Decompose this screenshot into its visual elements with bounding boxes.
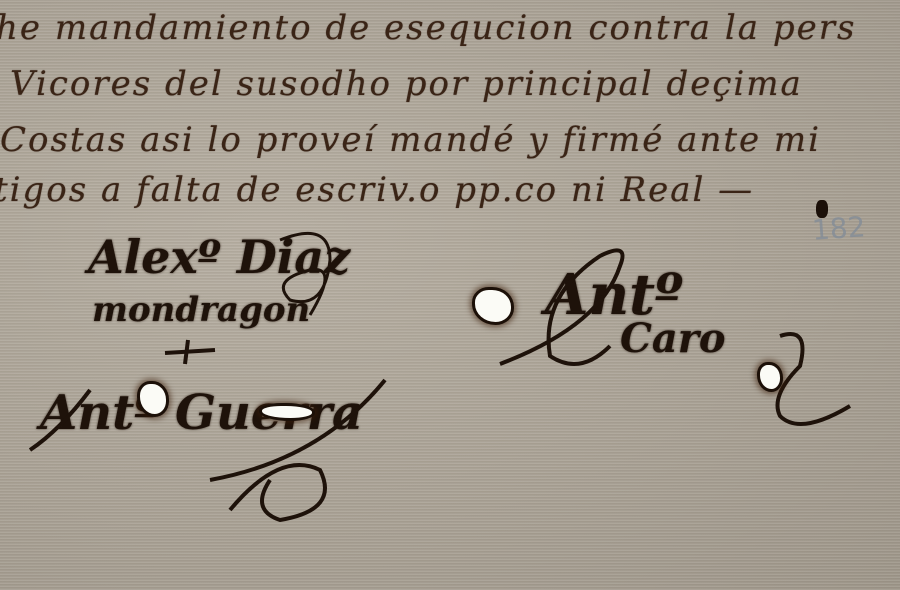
rubric-1-icon: [270, 220, 350, 330]
ink-blot: [816, 200, 828, 218]
rubric-2-icon: [20, 370, 400, 530]
text-line-3: Costas asi lo proveí mandé y firmé ante …: [0, 120, 821, 160]
cross-mark-icon: [160, 338, 220, 368]
text-line-1: he mandamiento de esequcion contra la pe…: [0, 8, 856, 48]
burn-hole: [140, 384, 166, 414]
rubric-3-icon: [480, 236, 860, 436]
burn-hole: [760, 365, 780, 389]
text-line-2: Vicores del susodho por principal deçima: [10, 64, 803, 104]
text-line-4: tigos a falta de escriv.o pp.co ni Real …: [0, 170, 754, 210]
